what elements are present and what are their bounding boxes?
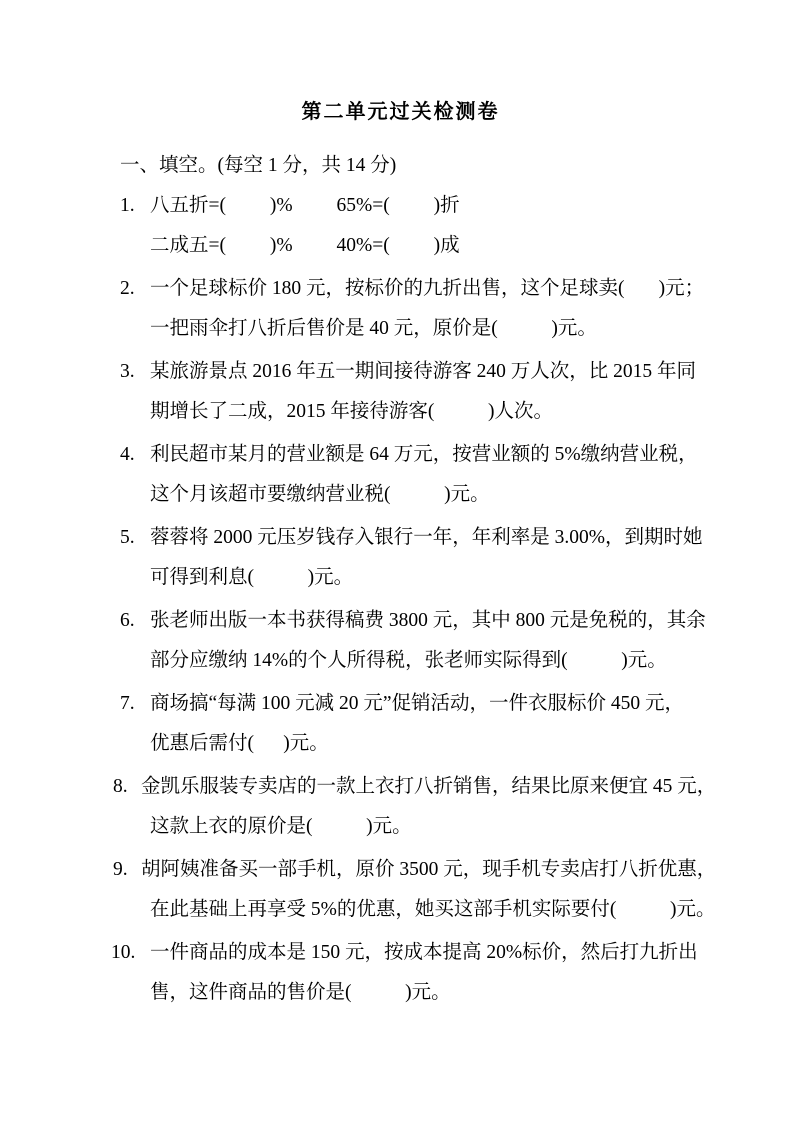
question-text: 蓉蓉将 2000 元压岁钱存入银行一年，年利率是 3.00%，到期时她 [150,527,703,548]
question-text: 一个足球标价 180 元，按标价的九折出售，这个足球卖( )元； [150,278,704,299]
question-line: 6.张老师出版一本书获得稿费 3800 元，其中 800 元是免税的，其余 [120,601,681,641]
question-line: 部分应缴纳 14%的个人所得税，张老师实际得到( )元。 [120,641,681,681]
question-line: 1.八五折=( )% 65%=( )折 [120,186,681,226]
question-text: 张老师出版一本书获得稿费 3800 元，其中 800 元是免税的，其余 [150,610,706,631]
question-text: 八五折=( )% 65%=( )折 [150,195,460,216]
question-text: 金凯乐服装专卖店的一款上衣打八折销售，结果比原来便宜 45 元， [141,776,716,797]
question-text: 售，这件商品的售价是( )元。 [150,982,451,1003]
question-6: 6.张老师出版一本书获得稿费 3800 元，其中 800 元是免税的，其余 部分… [120,601,681,681]
question-line: 7.商场搞“每满 100 元减 20 元”促销活动，一件衣服标价 450 元， [120,684,681,724]
question-text: 部分应缴纳 14%的个人所得税，张老师实际得到( )元。 [150,650,667,671]
question-line: 期增长了二成，2015 年接待游客( )人次。 [120,392,681,432]
question-line: 5.蓉蓉将 2000 元压岁钱存入银行一年，年利率是 3.00%，到期时她 [120,518,681,558]
questions-list: 1.八五折=( )% 65%=( )折 二成五=( )% 40%=( )成 2.… [120,186,681,1013]
question-text: 利民超市某月的营业额是 64 万元，按营业额的 5%缴纳营业税， [150,444,698,465]
worksheet-page: 第二单元过关检测卷 一、填空。(每空 1 分，共 14 分) 1.八五折=( )… [0,0,793,1122]
question-number: 1. [120,186,150,226]
question-text: 胡阿姨准备买一部手机，原价 3500 元，现手机专卖店打八折优惠， [141,859,716,880]
question-line: 4.利民超市某月的营业额是 64 万元，按营业额的 5%缴纳营业税， [120,435,681,475]
question-line: 10.一件商品的成本是 150 元，按成本提高 20%标价，然后打九折出 [120,933,681,973]
question-line: 一把雨伞打八折后售价是 40 元，原价是( )元。 [120,309,681,349]
question-number: 10. [111,933,150,973]
question-text: 这款上衣的原价是( )元。 [150,816,412,837]
question-line: 9.胡阿姨准备买一部手机，原价 3500 元，现手机专卖店打八折优惠， [120,850,681,890]
question-number: 2. [120,269,150,309]
question-line: 这款上衣的原价是( )元。 [120,807,681,847]
question-text: 一件商品的成本是 150 元，按成本提高 20%标价，然后打九折出 [150,942,698,963]
question-text: 某旅游景点 2016 年五一期间接待游客 240 万人次，比 2015 年同 [150,361,696,382]
section-heading: 一、填空。(每空 1 分，共 14 分) [120,146,681,186]
question-number: 3. [120,352,150,392]
question-line: 3.某旅游景点 2016 年五一期间接待游客 240 万人次，比 2015 年同 [120,352,681,392]
question-line: 8.金凯乐服装专卖店的一款上衣打八折销售，结果比原来便宜 45 元， [120,767,681,807]
question-line: 优惠后需付( )元。 [120,724,681,764]
question-1: 1.八五折=( )% 65%=( )折 二成五=( )% 40%=( )成 [120,186,681,266]
question-8: 8.金凯乐服装专卖店的一款上衣打八折销售，结果比原来便宜 45 元， 这款上衣的… [120,767,681,847]
question-number: 9. [113,850,141,890]
question-text: 商场搞“每满 100 元减 20 元”促销活动，一件衣服标价 450 元， [150,693,684,714]
question-2: 2.一个足球标价 180 元，按标价的九折出售，这个足球卖( )元； 一把雨伞打… [120,269,681,349]
question-5: 5.蓉蓉将 2000 元压岁钱存入银行一年，年利率是 3.00%，到期时她 可得… [120,518,681,598]
question-line: 可得到利息( )元。 [120,558,681,598]
question-number: 6. [120,601,150,641]
question-text: 一把雨伞打八折后售价是 40 元，原价是( )元。 [150,318,597,339]
question-number: 4. [120,435,150,475]
question-text: 在此基础上再享受 5%的优惠，她买这部手机实际要付( )元。 [150,899,715,920]
question-10: 10.一件商品的成本是 150 元，按成本提高 20%标价，然后打九折出 售，这… [120,933,681,1013]
question-7: 7.商场搞“每满 100 元减 20 元”促销活动，一件衣服标价 450 元， … [120,684,681,764]
question-line: 这个月该超市要缴纳营业税( )元。 [120,475,681,515]
question-text: 可得到利息( )元。 [150,567,353,588]
question-text: 二成五=( )% 40%=( )成 [150,235,460,256]
page-title: 第二单元过关检测卷 [120,100,681,124]
question-4: 4.利民超市某月的营业额是 64 万元，按营业额的 5%缴纳营业税， 这个月该超… [120,435,681,515]
question-3: 3.某旅游景点 2016 年五一期间接待游客 240 万人次，比 2015 年同… [120,352,681,432]
question-text: 这个月该超市要缴纳营业税( )元。 [150,484,490,505]
question-line: 2.一个足球标价 180 元，按标价的九折出售，这个足球卖( )元； [120,269,681,309]
question-line: 二成五=( )% 40%=( )成 [120,226,681,266]
question-number: 8. [113,767,141,807]
question-line: 在此基础上再享受 5%的优惠，她买这部手机实际要付( )元。 [120,890,681,930]
question-number: 7. [120,684,150,724]
question-text: 优惠后需付( )元。 [150,733,329,754]
question-line: 售，这件商品的售价是( )元。 [120,973,681,1013]
question-number: 5. [120,518,150,558]
question-text: 期增长了二成，2015 年接待游客( )人次。 [150,401,553,422]
question-9: 9.胡阿姨准备买一部手机，原价 3500 元，现手机专卖店打八折优惠， 在此基础… [120,850,681,930]
